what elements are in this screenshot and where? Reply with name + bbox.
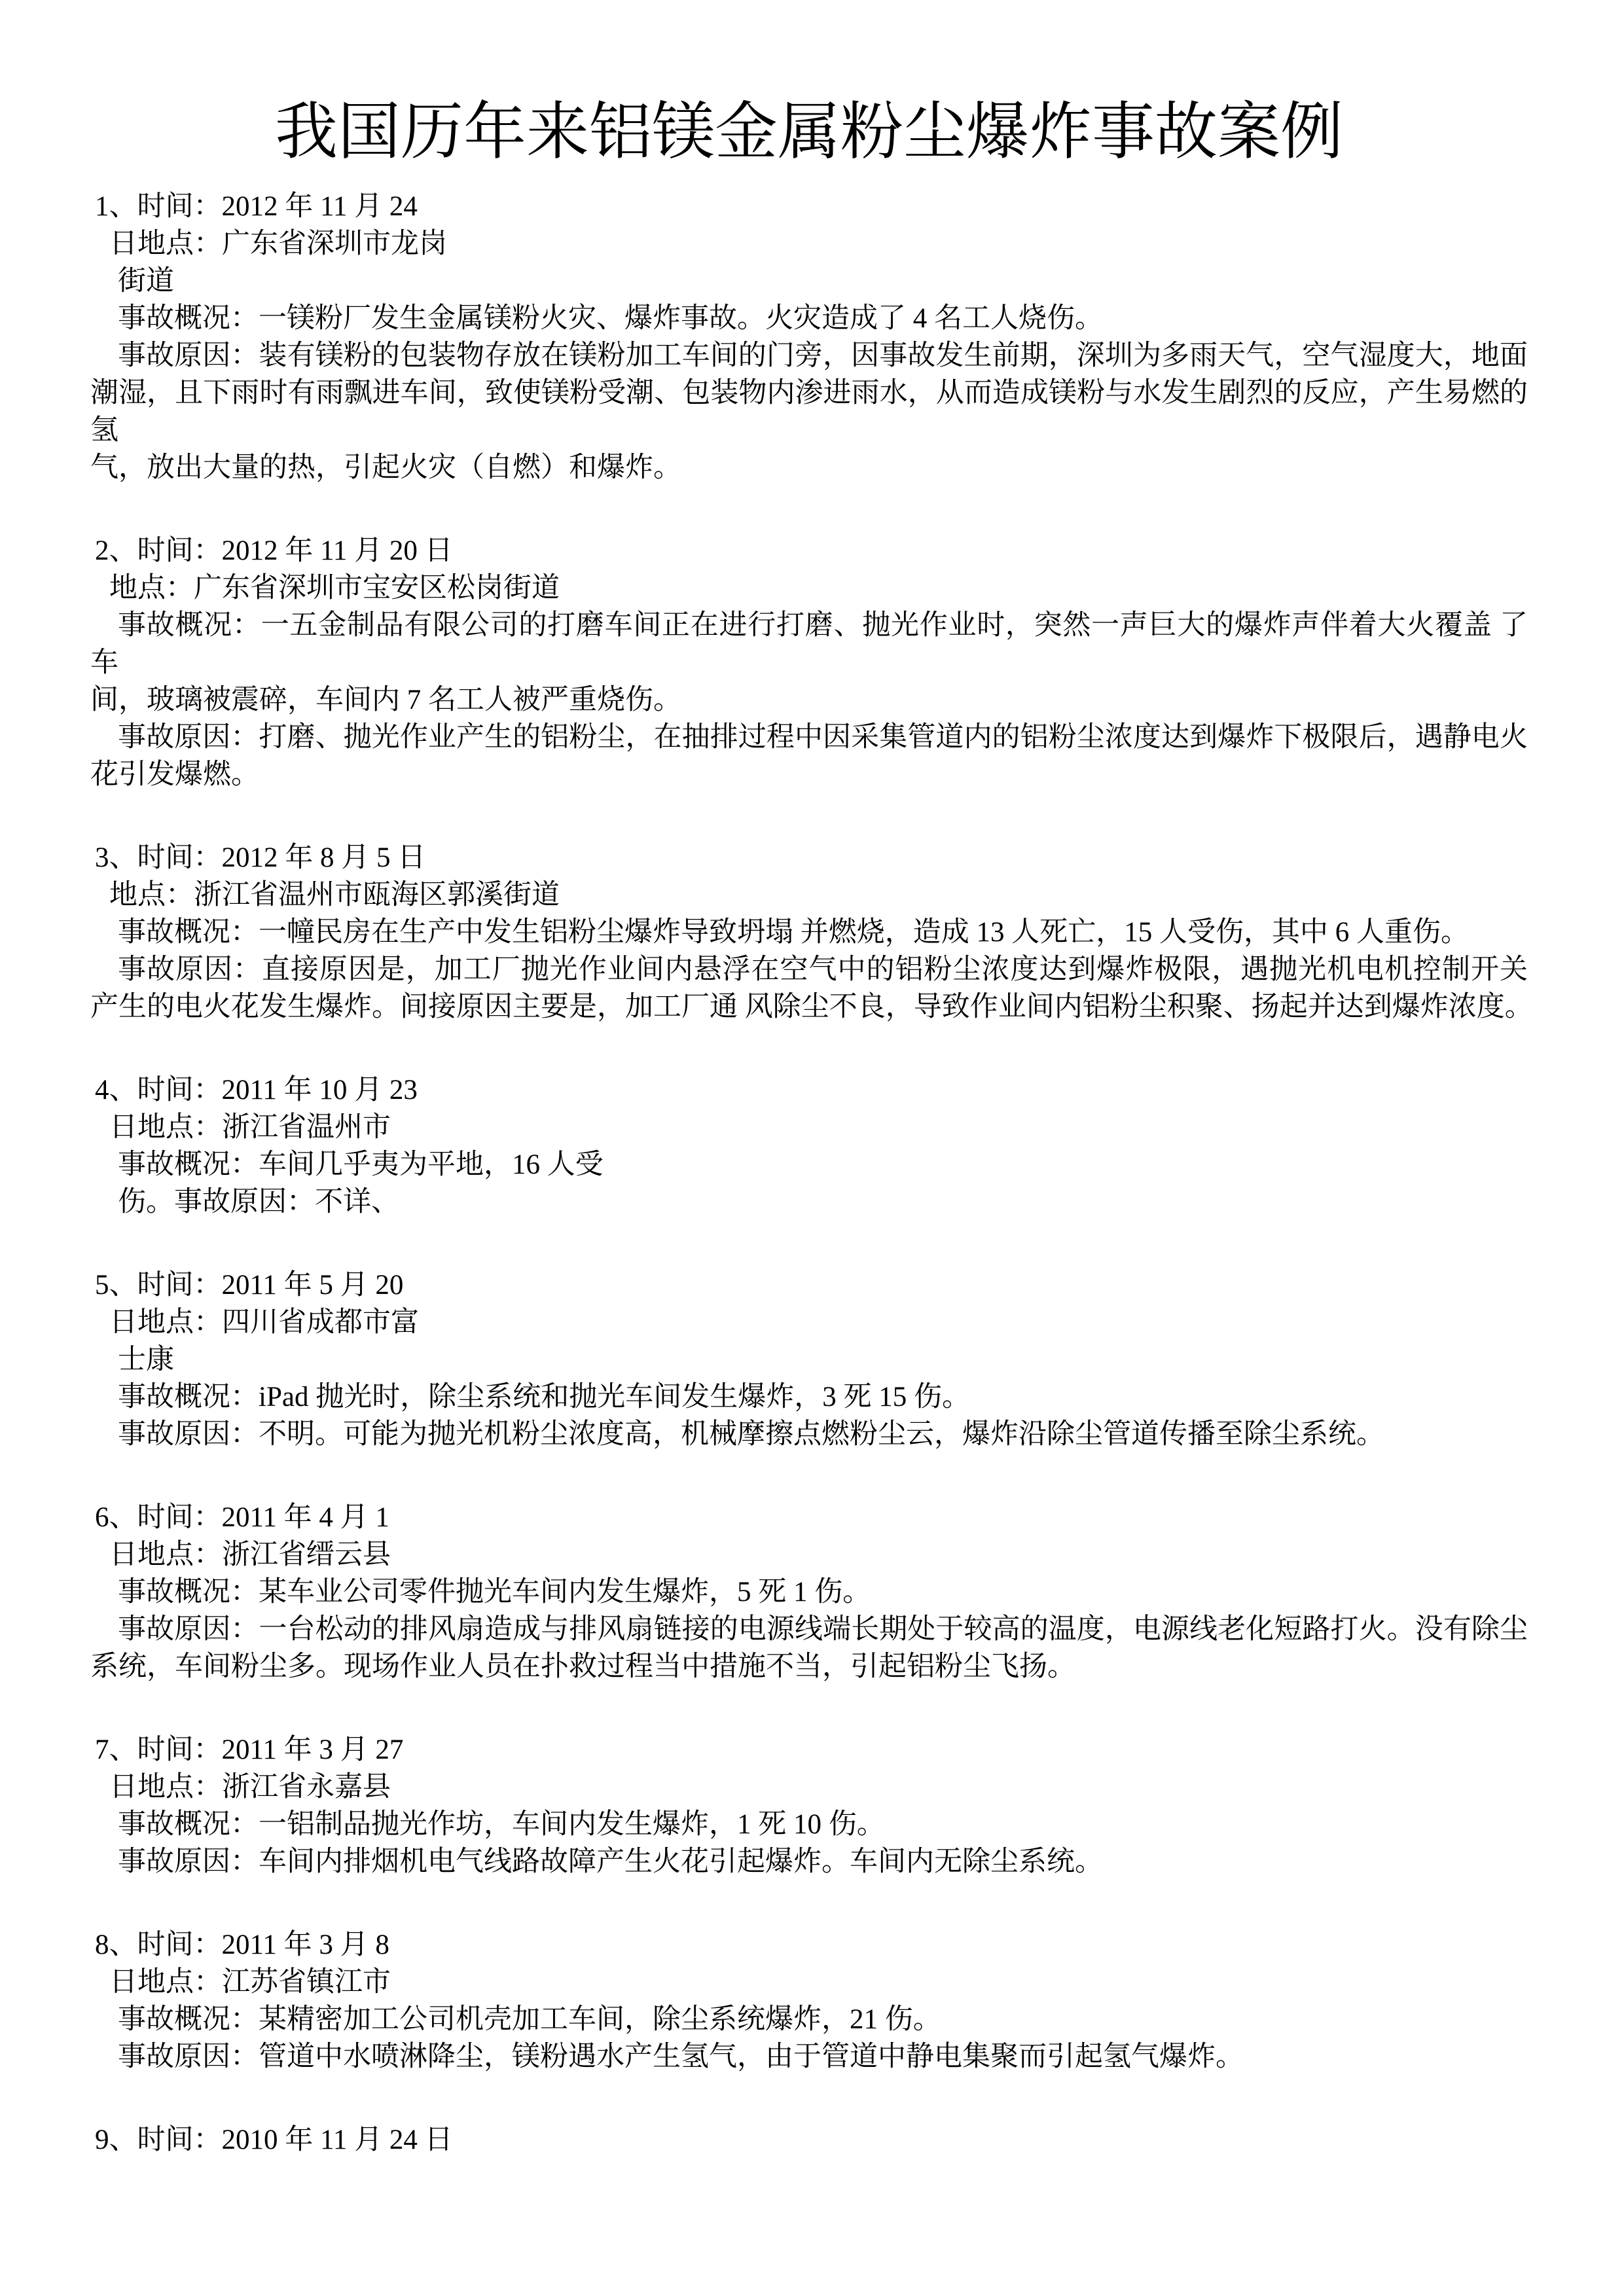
text-line: 7、时间：2011 年 3 月 27: [90, 1731, 1528, 1768]
text-line: 潮湿，且下雨时有雨飘进车间，致使镁粉受潮、包装物内渗进雨水，从而造成镁粉与水发生…: [90, 374, 1528, 449]
text-line: 事故概况：某车业公司零件抛光车间内发生爆炸，5 死 1 伤。: [90, 1573, 1528, 1611]
paragraph: 9、时间：2010 年 11 月 24 日: [90, 2121, 1528, 2159]
text-line: 5、时间：2011 年 5 月 20: [90, 1266, 1528, 1304]
text-line: 2、时间：2012 年 11 月 20 日: [90, 532, 1528, 569]
text-line: 事故原因：一台松动的排风扇造成与排风扇链接的电源线端长期处于较高的温度，电源线老…: [90, 1611, 1528, 1648]
paragraph: 1、时间：2012 年 11 月 24: [90, 188, 1528, 225]
text-line: 事故原因：车间内排烟机电气线路故障产生火花引起爆炸。车间内无除尘系统。: [90, 1843, 1528, 1880]
accident-case: 2、时间：2012 年 11 月 20 日地点：广东省深圳市宝安区松岗街道事故概…: [90, 532, 1528, 793]
text-line: 事故原因：管道中水喷淋降尘，镁粉遇水产生氢气，由于管道中静电集聚而引起氢气爆炸。: [90, 2038, 1528, 2075]
text-line: 事故概况：一幢民房在生产中发生铝粉尘爆炸导致坍塌 并燃烧，造成 13 人死亡，1…: [90, 914, 1528, 951]
text-line: 事故概况：一铝制品抛光作坊，车间内发生爆炸，1 死 10 伤。: [90, 1806, 1528, 1843]
text-line: 事故概况：一镁粉厂发生金属镁粉火灾、爆炸事故。火灾造成了 4 名工人烧伤。: [90, 300, 1528, 337]
paragraph: 事故原因：打磨、抛光作业产生的铝粉尘，在抽排过程中因采集管道内的铝粉尘浓度达到爆…: [90, 719, 1528, 793]
paragraph: 事故概况：iPad 抛光时，除尘系统和抛光车间发生爆炸，3 死 15 伤。: [90, 1378, 1528, 1416]
paragraph: 地点：浙江省温州市瓯海区郭溪街道: [90, 876, 1528, 914]
text-line: 事故原因：不明。可能为抛光机粉尘浓度高，机械摩擦点燃粉尘云，爆炸沿除尘管道传播至…: [90, 1416, 1528, 1453]
paragraph: 7、时间：2011 年 3 月 27: [90, 1731, 1528, 1768]
paragraph: 事故原因：车间内排烟机电气线路故障产生火花引起爆炸。车间内无除尘系统。: [90, 1843, 1528, 1880]
paragraph: 日地点：浙江省永嘉县: [90, 1768, 1528, 1806]
accident-case: 4、时间：2011 年 10 月 23日地点：浙江省温州市事故概况：车间几乎夷为…: [90, 1071, 1528, 1221]
text-line: 产生的电火花发生爆炸。间接原因主要是，加工厂通 风除尘不良，导致作业间内铝粉尘积…: [90, 988, 1528, 1026]
paragraph: 日地点：广东省深圳市龙岗: [90, 225, 1528, 262]
text-line: 伤。事故原因：不详、: [90, 1183, 1528, 1221]
accident-case: 8、时间：2011 年 3 月 8日地点：江苏省镇江市事故概况：某精密加工公司机…: [90, 1926, 1528, 2075]
text-line: 事故概况：iPad 抛光时，除尘系统和抛光车间发生爆炸，3 死 15 伤。: [90, 1378, 1528, 1416]
paragraph: 街道: [90, 262, 1528, 300]
paragraph: 日地点：浙江省温州市: [90, 1109, 1528, 1146]
paragraph: 事故原因：直接原因是，加工厂抛光作业间内悬浮在空气中的铝粉尘浓度达到爆炸极限，遇…: [90, 951, 1528, 1026]
paragraph: 事故概况：车间几乎夷为平地，16 人受: [90, 1146, 1528, 1183]
text-line: 事故概况：车间几乎夷为平地，16 人受: [90, 1146, 1528, 1183]
paragraph: 日地点：浙江省缙云县: [90, 1536, 1528, 1573]
text-line: 街道: [90, 262, 1528, 300]
paragraph: 伤。事故原因：不详、: [90, 1183, 1528, 1221]
paragraph: 事故概况：某车业公司零件抛光车间内发生爆炸，5 死 1 伤。: [90, 1573, 1528, 1611]
text-line: 士康: [90, 1341, 1528, 1378]
text-line: 花引发爆燃。: [90, 756, 1528, 793]
paragraph: 事故概况：一铝制品抛光作坊，车间内发生爆炸，1 死 10 伤。: [90, 1806, 1528, 1843]
paragraph: 事故概况：一幢民房在生产中发生铝粉尘爆炸导致坍塌 并燃烧，造成 13 人死亡，1…: [90, 914, 1528, 951]
text-line: 系统，车间粉尘多。现场作业人员在扑救过程当中措施不当，引起铝粉尘飞扬。: [90, 1648, 1528, 1685]
paragraph: 6、时间：2011 年 4 月 1: [90, 1499, 1528, 1536]
paragraph: 事故原因：管道中水喷淋降尘，镁粉遇水产生氢气，由于管道中静电集聚而引起氢气爆炸。: [90, 2038, 1528, 2075]
paragraph: 8、时间：2011 年 3 月 8: [90, 1926, 1528, 1964]
accident-case: 5、时间：2011 年 5 月 20日地点：四川省成都市富士康事故概况：iPad…: [90, 1266, 1528, 1453]
text-line: 8、时间：2011 年 3 月 8: [90, 1926, 1528, 1964]
accident-case: 3、时间：2012 年 8 月 5 日地点：浙江省温州市瓯海区郭溪街道事故概况：…: [90, 839, 1528, 1026]
accident-case: 9、时间：2010 年 11 月 24 日: [90, 2121, 1528, 2159]
paragraph: 士康: [90, 1341, 1528, 1378]
paragraph: 事故原因：不明。可能为抛光机粉尘浓度高，机械摩擦点燃粉尘云，爆炸沿除尘管道传播至…: [90, 1416, 1528, 1453]
document-body: 我国历年来铝镁金属粉尘爆炸事故案例 1、时间：2012 年 11 月 24日地点…: [90, 0, 1528, 2159]
text-line: 地点：广东省深圳市宝安区松岗街道: [90, 569, 1528, 607]
paragraph: 事故概况：某精密加工公司机壳加工车间，除尘系统爆炸，21 伤。: [90, 2001, 1528, 2038]
text-line: 1、时间：2012 年 11 月 24: [90, 188, 1528, 225]
text-line: 事故原因：打磨、抛光作业产生的铝粉尘，在抽排过程中因采集管道内的铝粉尘浓度达到爆…: [90, 719, 1528, 756]
paragraph: 3、时间：2012 年 8 月 5 日: [90, 839, 1528, 876]
accident-case: 6、时间：2011 年 4 月 1日地点：浙江省缙云县事故概况：某车业公司零件抛…: [90, 1499, 1528, 1685]
cases: 1、时间：2012 年 11 月 24日地点：广东省深圳市龙岗街道事故概况：一镁…: [90, 188, 1528, 2159]
text-line: 事故概况：一五金制品有限公司的打磨车间正在进行打磨、抛光作业时，突然一声巨大的爆…: [90, 607, 1528, 681]
text-line: 日地点：浙江省永嘉县: [90, 1768, 1528, 1806]
paragraph: 2、时间：2012 年 11 月 20 日: [90, 532, 1528, 569]
text-line: 事故概况：某精密加工公司机壳加工车间，除尘系统爆炸，21 伤。: [90, 2001, 1528, 2038]
text-line: 地点：浙江省温州市瓯海区郭溪街道: [90, 876, 1528, 914]
text-line: 日地点：浙江省温州市: [90, 1109, 1528, 1146]
paragraph: 地点：广东省深圳市宝安区松岗街道: [90, 569, 1528, 607]
paragraph: 事故概况：一五金制品有限公司的打磨车间正在进行打磨、抛光作业时，突然一声巨大的爆…: [90, 607, 1528, 719]
text-line: 气，放出大量的热，引起火灾（自燃）和爆炸。: [90, 449, 1528, 486]
paragraph: 5、时间：2011 年 5 月 20: [90, 1266, 1528, 1304]
text-line: 日地点：四川省成都市富: [90, 1304, 1528, 1341]
page: 我国历年来铝镁金属粉尘爆炸事故案例 1、时间：2012 年 11 月 24日地点…: [0, 0, 1624, 2296]
paragraph: 事故原因：装有镁粉的包装物存放在镁粉加工车间的门旁，因事故发生前期，深圳为多雨天…: [90, 337, 1528, 486]
paragraph: 日地点：四川省成都市富: [90, 1304, 1528, 1341]
text-line: 日地点：江苏省镇江市: [90, 1964, 1528, 2001]
text-line: 间，玻璃被震碎，车间内 7 名工人被严重烧伤。: [90, 681, 1528, 719]
text-line: 日地点：广东省深圳市龙岗: [90, 225, 1528, 262]
accident-case: 1、时间：2012 年 11 月 24日地点：广东省深圳市龙岗街道事故概况：一镁…: [90, 188, 1528, 486]
document-title: 我国历年来铝镁金属粉尘爆炸事故案例: [90, 93, 1528, 171]
text-line: 事故原因：装有镁粉的包装物存放在镁粉加工车间的门旁，因事故发生前期，深圳为多雨天…: [90, 337, 1528, 374]
text-line: 日地点：浙江省缙云县: [90, 1536, 1528, 1573]
text-line: 事故原因：直接原因是，加工厂抛光作业间内悬浮在空气中的铝粉尘浓度达到爆炸极限，遇…: [90, 951, 1528, 988]
paragraph: 4、时间：2011 年 10 月 23: [90, 1071, 1528, 1109]
paragraph: 事故原因：一台松动的排风扇造成与排风扇链接的电源线端长期处于较高的温度，电源线老…: [90, 1611, 1528, 1685]
text-line: 3、时间：2012 年 8 月 5 日: [90, 839, 1528, 876]
accident-case: 7、时间：2011 年 3 月 27日地点：浙江省永嘉县事故概况：一铝制品抛光作…: [90, 1731, 1528, 1880]
text-line: 9、时间：2010 年 11 月 24 日: [90, 2121, 1528, 2159]
paragraph: 事故概况：一镁粉厂发生金属镁粉火灾、爆炸事故。火灾造成了 4 名工人烧伤。: [90, 300, 1528, 337]
text-line: 4、时间：2011 年 10 月 23: [90, 1071, 1528, 1109]
paragraph: 日地点：江苏省镇江市: [90, 1964, 1528, 2001]
text-line: 6、时间：2011 年 4 月 1: [90, 1499, 1528, 1536]
